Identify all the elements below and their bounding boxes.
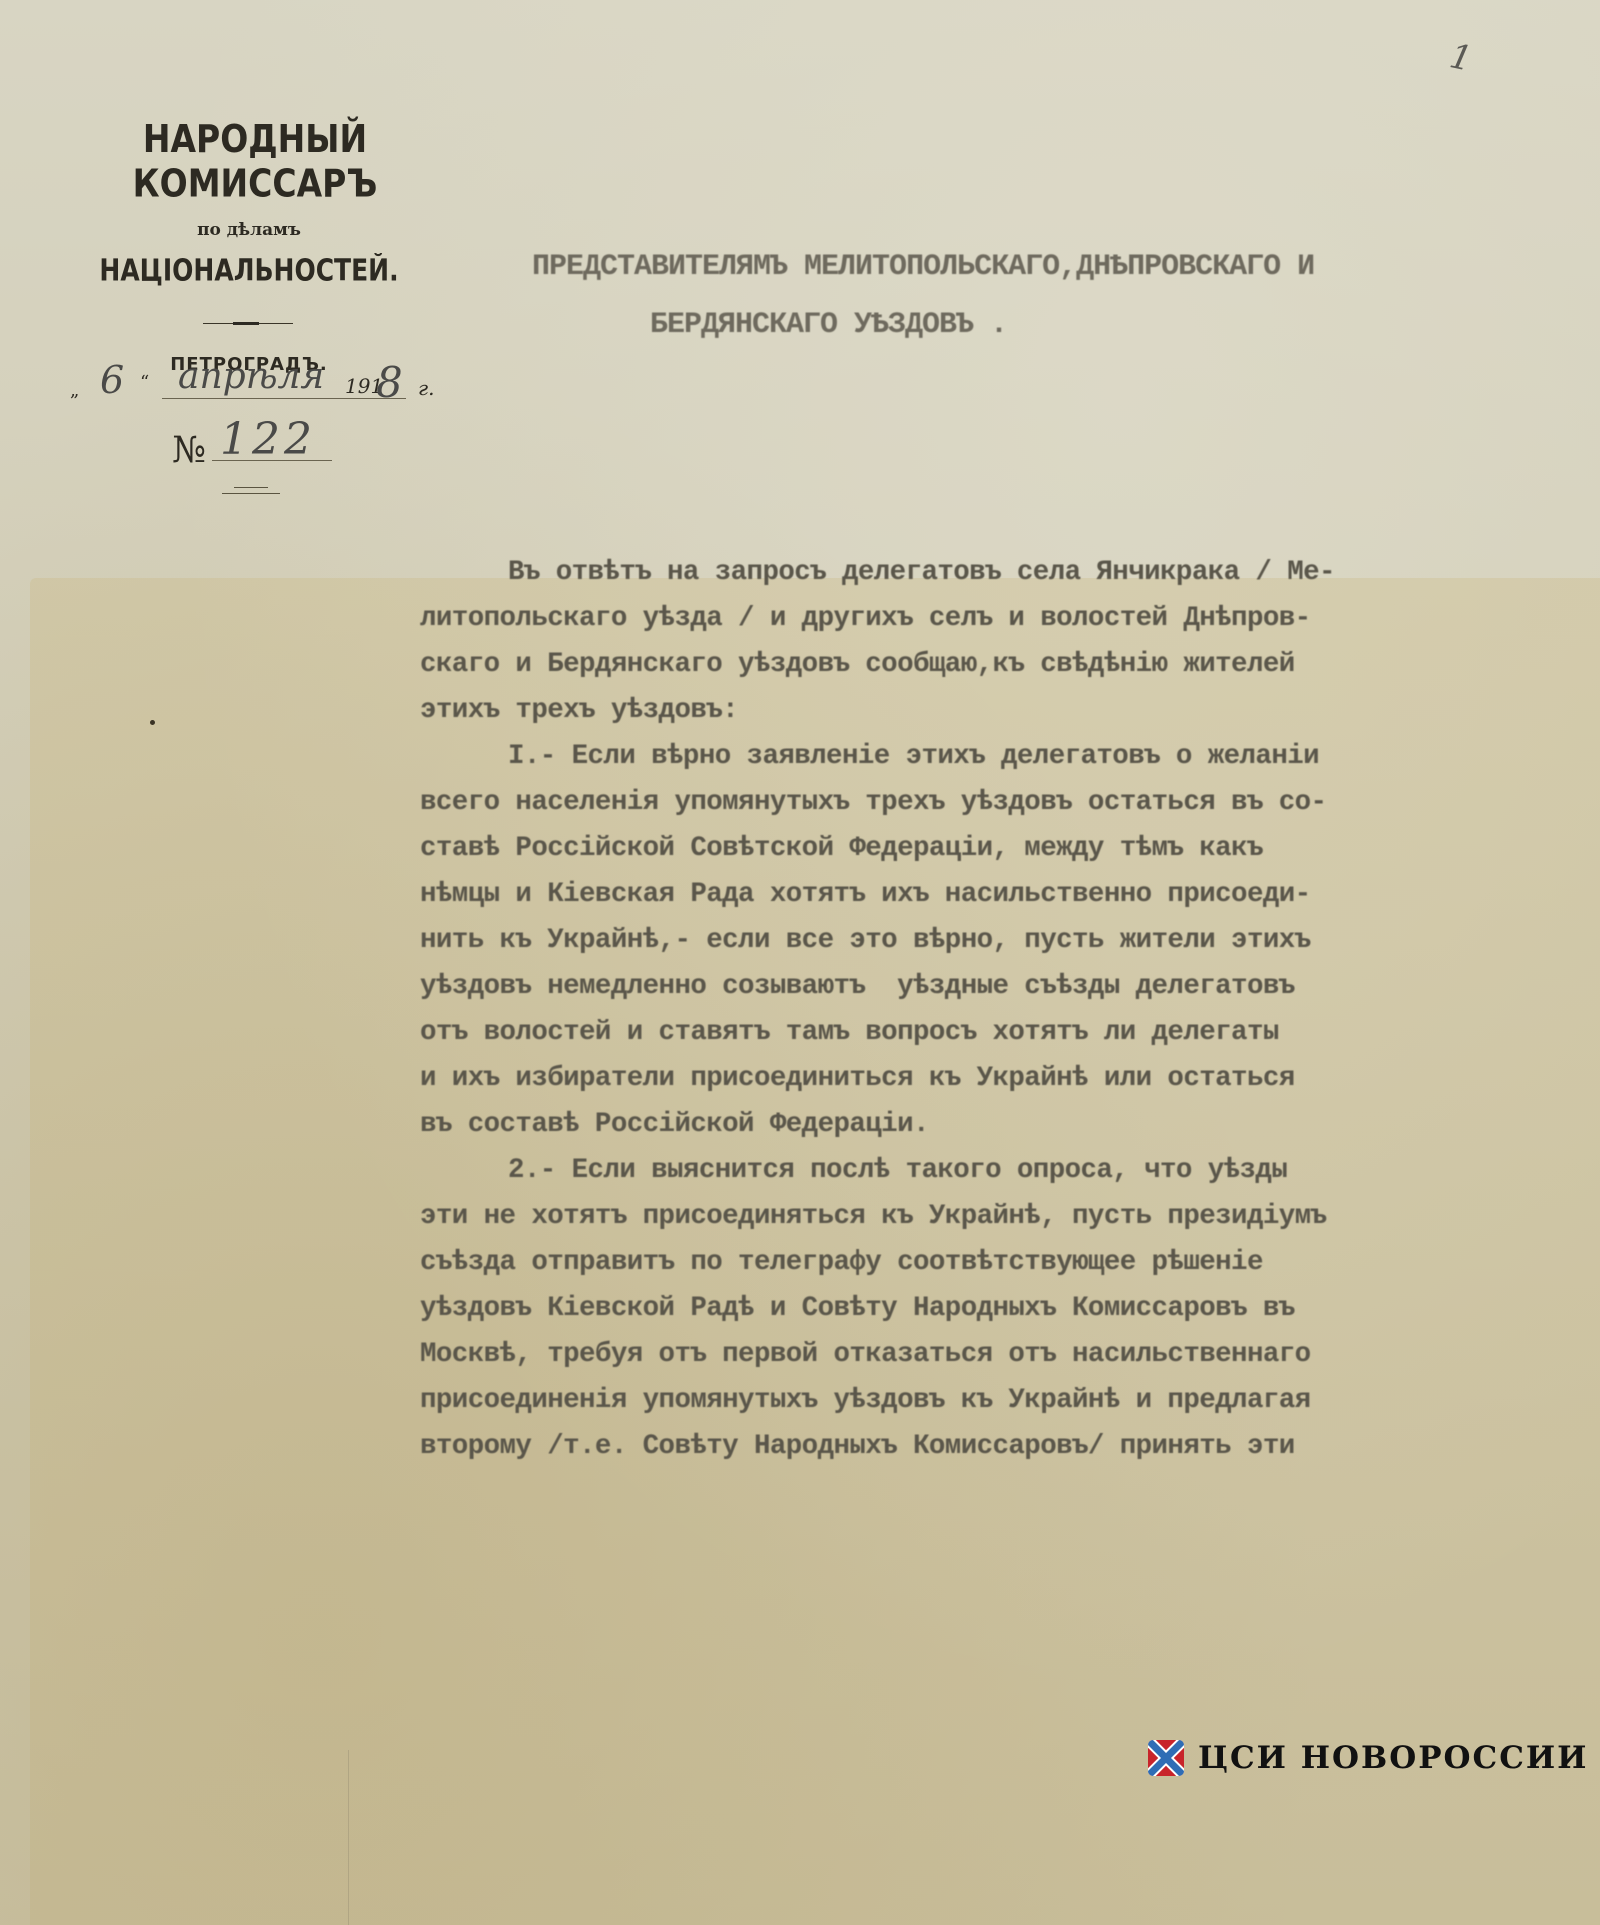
body-line: присоединенія упомянутыхъ уѣздовъ къ Укр… — [420, 1378, 1500, 1424]
body-line: второму /т.е. Совѣту Народныхъ Комиссаро… — [420, 1424, 1500, 1470]
number-sign: № — [172, 430, 206, 471]
novorossiya-flag-icon — [1148, 1740, 1184, 1776]
document-number: № 122 — [172, 418, 372, 478]
body-line: этихъ трехъ уѣздовъ: — [420, 688, 1500, 734]
addressee-line-2: БЕРДЯНСКАГО УѢЗДОВЪ . — [532, 296, 1432, 354]
body-line: въ составѣ Россійской Федераціи. — [420, 1102, 1500, 1148]
letterhead-title: НАРОДНЫЙ КОМИССАРЪ — [70, 116, 440, 206]
paper-crease — [348, 1750, 349, 1925]
date-day: 6 — [100, 358, 124, 402]
body-line: Москвѣ, требуя отъ первой отказаться отъ… — [420, 1332, 1500, 1378]
letterhead-divider — [203, 323, 293, 324]
body-line: съѣзда отправитъ по телеграфу соотвѣтств… — [420, 1240, 1500, 1286]
date-underline — [162, 398, 406, 399]
body-line: скаго и Бердянскаго уѣздовъ сообщаю,къ с… — [420, 642, 1500, 688]
body-line: нить къ Украйнѣ,- если все это вѣрно, пу… — [420, 918, 1500, 964]
body-line: ставѣ Россійской Совѣтской Федераціи, ме… — [420, 826, 1500, 872]
letterhead: НАРОДНЫЙ КОМИССАРЪ по дѣламъ НАЦІОНАЛЬНО… — [60, 122, 440, 375]
body-line: литопольскаго уѣзда / и другихъ селъ и в… — [420, 596, 1500, 642]
date-year-suffix: г. — [418, 376, 434, 400]
letterhead-subtitle: по дѣламъ — [58, 220, 440, 240]
number-value: 122 — [220, 414, 316, 465]
watermark-logo: ЦСИ НОВОРОССИИ — [1148, 1740, 1588, 1776]
addressee: ПРЕДСТАВИТЕЛЯМЪ МЕЛИТОПОЛЬСКАГО,ДНѢПРОВС… — [532, 238, 1432, 354]
date-close-quote: “ — [140, 372, 149, 393]
body-line: уѣздовъ Кіевской Радѣ и Совѣту Народныхъ… — [420, 1286, 1500, 1332]
date-month: апрѣля — [178, 356, 324, 397]
body-line: отъ волостей и ставятъ тамъ вопросъ хотя… — [420, 1010, 1500, 1056]
body-line: и ихъ избиратели присоединиться къ Украй… — [420, 1056, 1500, 1102]
addressee-line-1: ПРЕДСТАВИТЕЛЯМЪ МЕЛИТОПОЛЬСКАГО,ДНѢПРОВС… — [532, 250, 1314, 284]
body-line: нѣмцы и Кіевская Рада хотятъ ихъ насильс… — [420, 872, 1500, 918]
letterhead-double-rule — [222, 487, 280, 499]
body-line: Въ отвѣтъ на запросъ делегатовъ села Янч… — [420, 550, 1500, 596]
body-line: 2.- Если выяснится послѣ такого опроса, … — [420, 1148, 1500, 1194]
body-line: всего населенія упомянутыхъ трехъ уѣздов… — [420, 780, 1500, 826]
body-line: эти не хотятъ присоединяться къ Украйнѣ,… — [420, 1194, 1500, 1240]
ink-speck — [150, 720, 155, 725]
number-underline — [212, 460, 332, 461]
body-line: уѣздовъ немедленно созываютъ уѣздные съѣ… — [420, 964, 1500, 1010]
date-open-quote: „ — [70, 380, 79, 401]
watermark-text: ЦСИ НОВОРОССИИ — [1198, 1740, 1588, 1776]
letter-body: Въ отвѣтъ на запросъ делегатовъ села Янч… — [420, 550, 1500, 1470]
date-year-handwritten: 8 — [376, 358, 403, 407]
body-line: I.- Если вѣрно заявленіе этихъ делегатов… — [420, 734, 1500, 780]
letterhead-department: НАЦІОНАЛЬНОСТЕЙ. — [58, 253, 440, 288]
document-date: „ 6 “ апрѣля 191 8 г. — [70, 358, 450, 404]
